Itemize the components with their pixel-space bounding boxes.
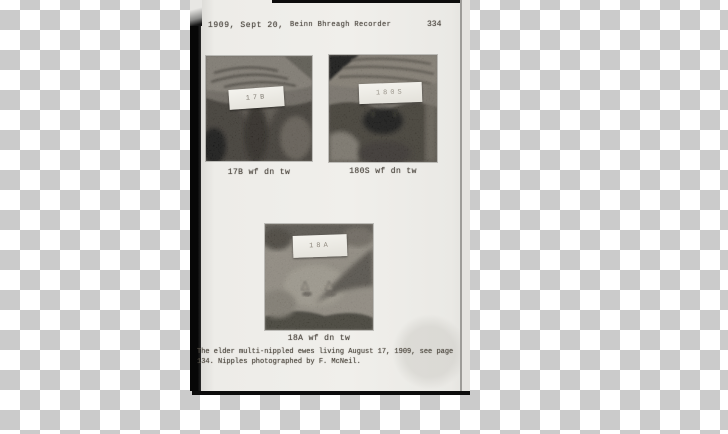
photo-label-card: 18A xyxy=(293,234,348,258)
book-spine-edge xyxy=(190,24,201,391)
transparency-checkerboard: 1909, Sept 20, Beinn Bhreagh Recorder 33… xyxy=(0,0,728,434)
photo-ewe-18a: 18A xyxy=(265,224,373,330)
header-page-number: 334 xyxy=(427,20,441,29)
udder-photo-image xyxy=(329,55,437,162)
footnote-line-1: The elder multi-nippled ewes living Augu… xyxy=(197,348,459,358)
page-outer-strip xyxy=(462,0,470,391)
page-bottom-edge xyxy=(192,391,470,395)
scanned-page: 1909, Sept 20, Beinn Bhreagh Recorder 33… xyxy=(190,0,470,395)
page-top-edge xyxy=(272,0,470,3)
photo-caption-18a: 18A wf dn tw xyxy=(265,334,373,343)
footnote: The elder multi-nippled ewes living Augu… xyxy=(197,348,459,367)
page-corner-wedge xyxy=(190,0,202,26)
photo-label-card: 17B xyxy=(229,86,285,110)
photo-label-card: 180S xyxy=(359,82,422,105)
photo-ewe-17b: 17B xyxy=(206,56,312,161)
udder-photo-image xyxy=(206,56,312,161)
footnote-line-2: 134. Nipples photographed by F. McNeil. xyxy=(197,358,459,368)
photo-caption-180s: 180S wf dn tw xyxy=(329,167,437,176)
header-date: 1909, Sept 20, xyxy=(208,21,284,30)
photo-caption-17b: 17B wf dn tw xyxy=(206,168,312,177)
photo-ewe-180s: 180S xyxy=(329,55,437,162)
header-title: Beinn Bhreagh Recorder xyxy=(290,21,391,29)
